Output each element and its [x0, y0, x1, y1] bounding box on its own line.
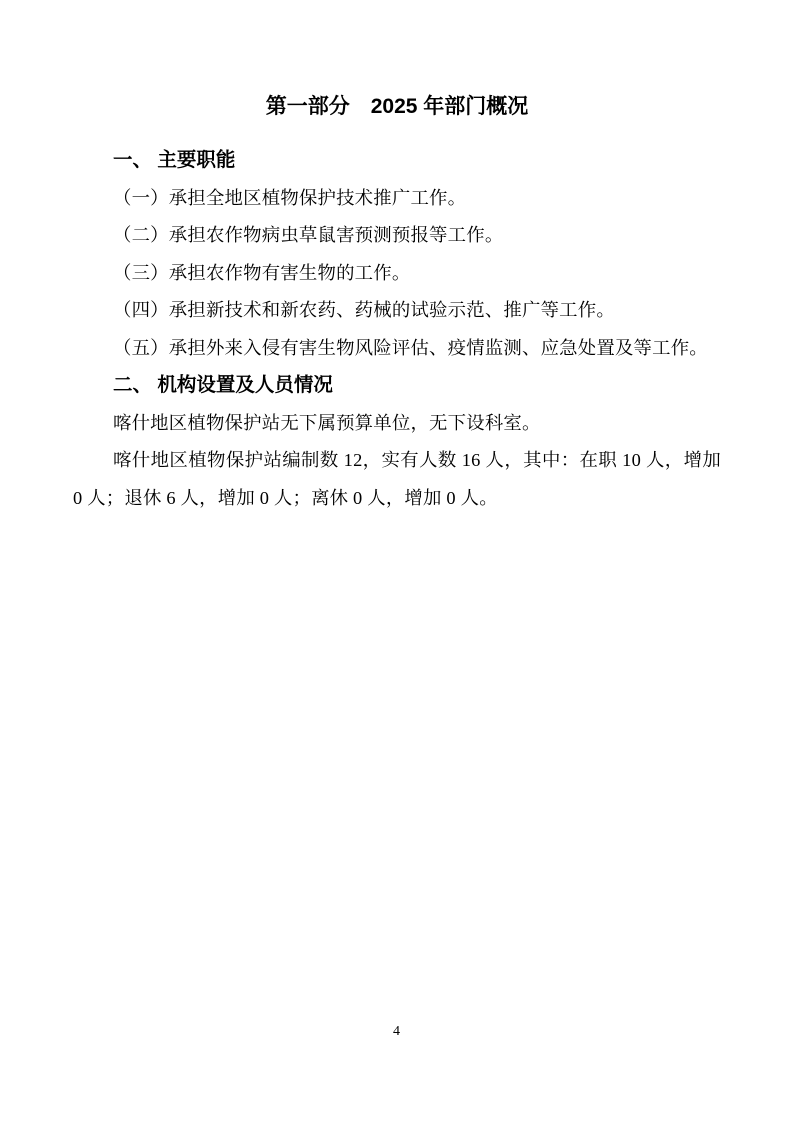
section-heading-organization-staff: 二、 机构设置及人员情况 — [113, 367, 721, 405]
paragraph-function-2: （二）承担农作物病虫草鼠害预测预报等工作。 — [73, 217, 721, 255]
section-organization-staff: 二、 机构设置及人员情况 喀什地区植物保护站无下属预算单位，无下设科室。 喀什地… — [73, 367, 721, 517]
section-heading-main-functions: 一、 主要职能 — [113, 142, 721, 180]
paragraph-function-3: （三）承担农作物有害生物的工作。 — [73, 255, 721, 293]
paragraph-function-5: （五）承担外来入侵有害生物风险评估、疫情监测、应急处置及等工作。 — [73, 330, 721, 368]
document-page: 第一部分 2025 年部门概况 一、 主要职能 （一）承担全地区植物保护技术推广… — [0, 0, 793, 1122]
paragraph-function-1: （一）承担全地区植物保护技术推广工作。 — [73, 180, 721, 218]
page-number: 4 — [0, 1022, 793, 1042]
paragraph-organization: 喀什地区植物保护站无下属预算单位，无下设科室。 — [73, 405, 721, 443]
document-title: 第一部分 2025 年部门概况 — [73, 92, 721, 121]
section-main-functions: 一、 主要职能 （一）承担全地区植物保护技术推广工作。 （二）承担农作物病虫草鼠… — [73, 142, 721, 367]
document-content: 第一部分 2025 年部门概况 一、 主要职能 （一）承担全地区植物保护技术推广… — [73, 92, 721, 517]
paragraph-staff-numbers: 喀什地区植物保护站编制数 12，实有人数 16 人，其中：在职 10 人，增加 … — [73, 442, 721, 517]
paragraph-function-4: （四）承担新技术和新农药、药械的试验示范、推广等工作。 — [73, 292, 721, 330]
